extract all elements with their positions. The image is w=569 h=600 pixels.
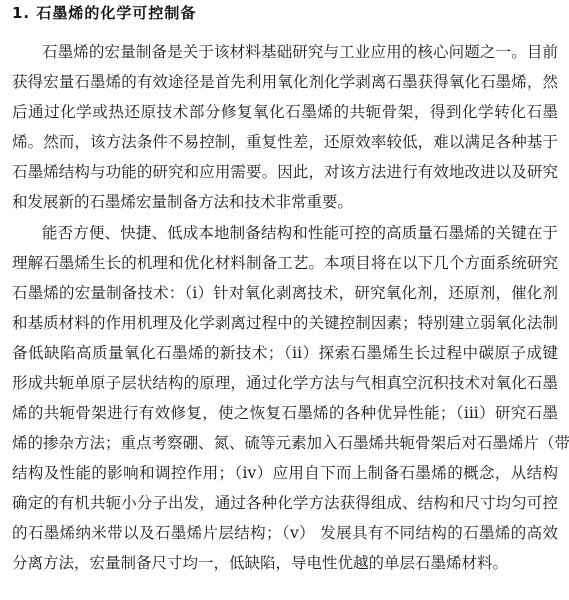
paragraph-line: 和发展新的石墨烯宏量制备方法和技术非常重要。 [12,191,353,213]
paragraph-line: 石墨烯的宏量制备是关于该材料基础研究与工业应用的核心问题之一。目前 [42,41,558,63]
paragraph-line: 后通过化学或热还原技术部分修复氧化石墨烯的共轭骨架，得到化学转化石墨 [12,101,558,123]
paragraph-line: 理解石墨烯生长的机理和优化材料制备工艺。本项目将在以下几个方面系统研究 [12,252,558,274]
paragraph-line: 获得宏量石墨烯的有效途径是首先利用氧化剂化学剥离石墨获得氧化石墨烯，然 [12,71,558,93]
paragraph-line: 形成共轭单原子层状结构的原理，通过化学方法与气相真空沉积技术对氧化石墨 [12,372,558,394]
paragraph-line: 确定的有机共轭小分子出发，通过各种化学方法获得组成、结构和尺寸均匀可控 [12,492,558,514]
paragraph-line: 烯。然而，该方法条件不易控制，重复性差，还原效率较低，难以满足各种基于 [12,131,558,153]
paragraph-line: 的石墨烯纳米带以及石墨烯片层结构；（v） 发展具有不同结构的石墨烯的高效 [12,522,558,544]
paragraph-line: 备低缺陷高质量氧化石墨烯的新技术；（ii）探索石墨烯生长过程中碳原子成键 [12,342,558,364]
paragraph-line: 结构及性能的影响和调控作用；（iv）应用自下而上制备石墨烯的概念，从结构 [12,462,558,484]
paragraph-line: 能否方便、快捷、低成本地制备结构和性能可控的高质量石墨烯的关键在于 [42,222,558,244]
paragraph-line: 石墨烯的宏量制备技术：（i）针对氧化剥离技术，研究氧化剂，还原剂，催化剂 [12,282,558,304]
paragraph-line: 石墨烯结构与功能的研究和应用需要。因此，对该方法进行有效地改进以及研究 [12,161,558,183]
paragraph-line: 和基质材料的作用机理及化学剥离过程中的关键控制因素；特别建立弱氧化法制 [12,312,558,334]
paragraph-line: 烯的共轭骨架进行有效修复，使之恢复石墨烯的各种优异性能；（iii）研究石墨 [12,402,558,424]
paragraph-line: 烯的掺杂方法；重点考察硼、氮、硫等元素加入石墨烯共轭骨架后对石墨烯片（带） [12,432,558,454]
paragraph-line: 分离方法，宏量制备尺寸均一，低缺陷，导电性优越的单层石墨烯材料。 [12,552,508,574]
section-title: 1. 石墨烯的化学可控制备 [12,2,196,24]
